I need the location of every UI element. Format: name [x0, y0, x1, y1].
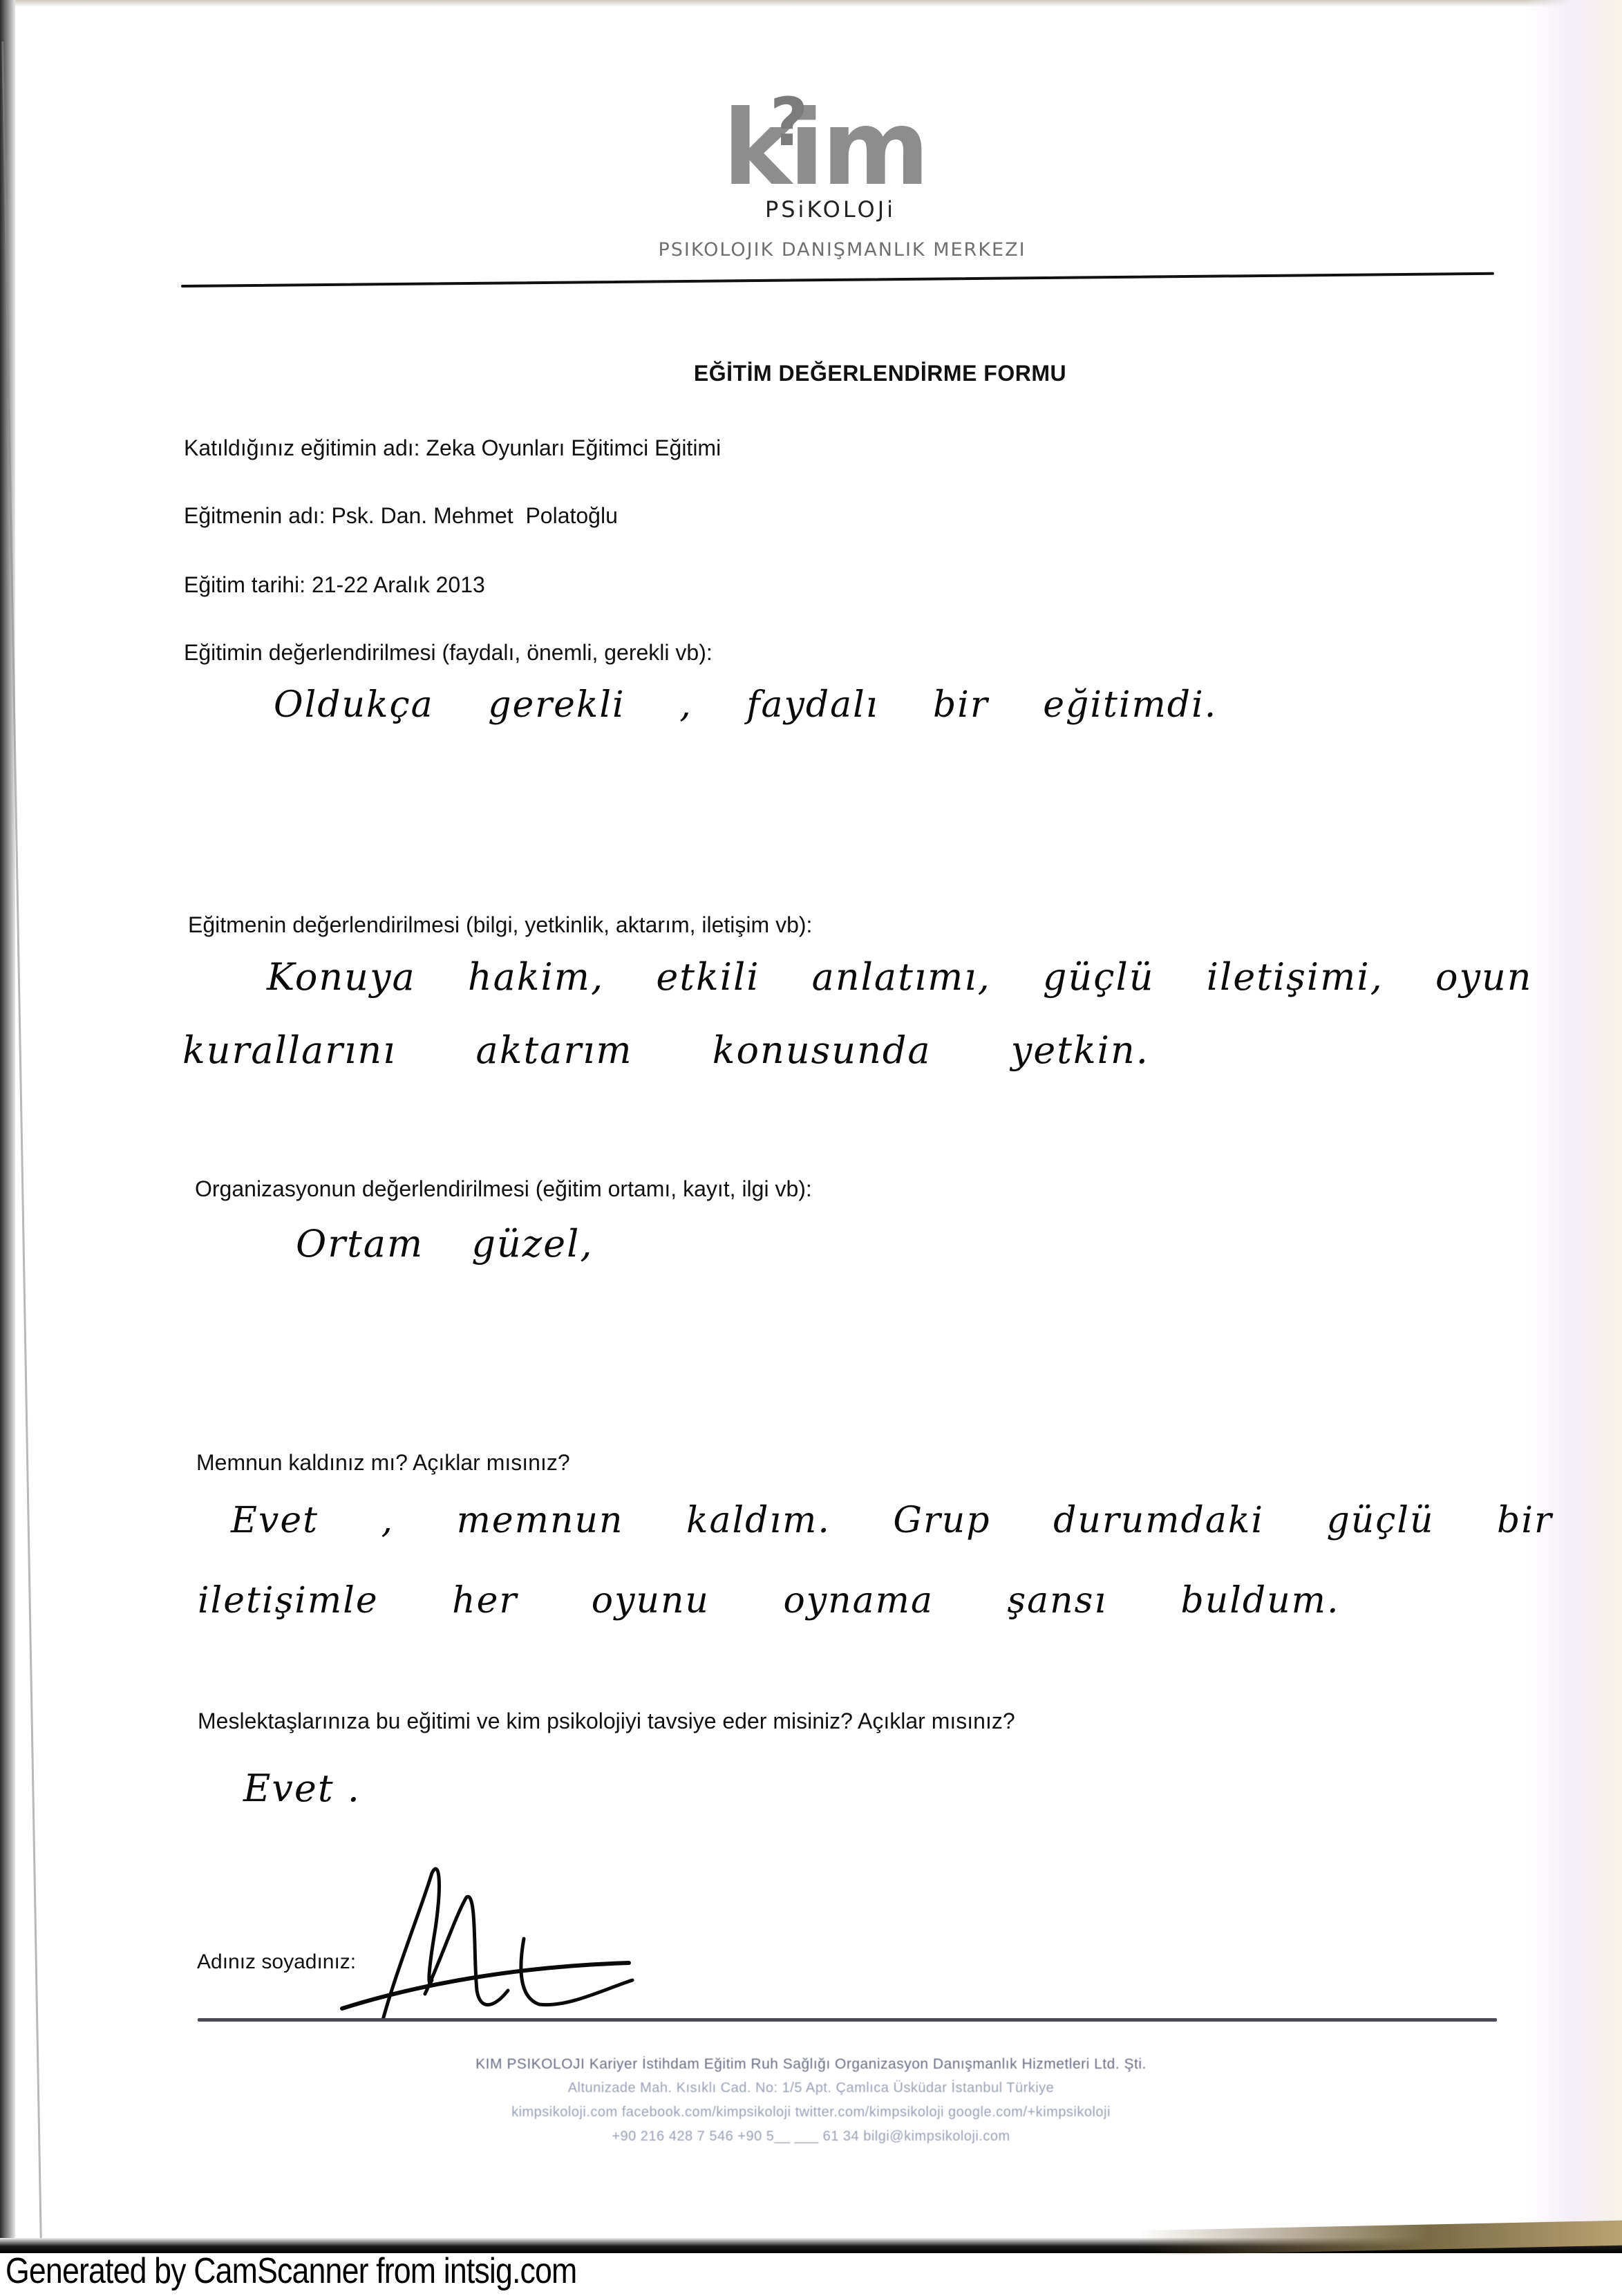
handwritten-answer: iletişimle her oyunu oynama şansı buldum… — [198, 1580, 1340, 1621]
form-title: EĞİTİM DEĞERLENDİRME FORMU — [69, 361, 1622, 386]
logo-subtitle: PSIKOLOJIK DANIŞMANLIK MERKEZI — [62, 239, 1622, 261]
paper-right-edge — [1525, 0, 1622, 2246]
paper-top-edge — [0, 0, 1622, 7]
header-divider — [181, 272, 1494, 288]
training-date-field: Eğitim tarihi: 21-22 Aralık 2013 — [184, 572, 485, 598]
field-value: Zeka Oyunları Eğitimci Eğitimi — [426, 435, 721, 460]
handwritten-answer: Konuya hakim, etkili anlatımı, güçlü ile… — [267, 955, 1533, 999]
question-organization-evaluation: Organizasyonun değerlendirilmesi (eğitim… — [195, 1176, 812, 1202]
field-label: Katıldığınız eğitimin adı: — [184, 435, 420, 460]
question-recommendation: Meslektaşlarınıza bu eğitimi ve kim psik… — [198, 1709, 1015, 1734]
footer-divider — [198, 2018, 1497, 2022]
field-value: 21-22 Aralık 2013 — [312, 572, 485, 597]
logo-mark-text: kim — [723, 88, 927, 209]
handwritten-signature-icon — [339, 1852, 712, 2018]
footer-contact-line: +90 216 428 7 546 +90 5__ ___ 61 34 bilg… — [0, 2129, 1622, 2145]
question-satisfaction: Memnun kaldınız mı? Açıklar mısınız? — [196, 1450, 570, 1476]
footer-address-line: Altunizade Mah. Kısıklı Cad. No: 1/5 Apt… — [0, 2080, 1622, 2096]
handwritten-answer: Ortam güzel, — [296, 1222, 594, 1265]
question-training-evaluation: Eğitimin değerlendirilmesi (faydalı, öne… — [184, 640, 713, 666]
field-label: Eğitim tarihi: — [184, 572, 305, 597]
logo-mark: kim ? — [723, 97, 927, 200]
signature-label: Adınız soyadınız: — [197, 1950, 356, 1974]
handwritten-answer: kurallarını aktarım konusunda yetkin. — [182, 1028, 1149, 1072]
field-label: Eğitmenin adı: — [184, 503, 326, 528]
handwritten-answer: Oldukça gerekli , faydalı bir eğitimdi. — [274, 684, 1217, 726]
footer-company-line: KIM PSIKOLOJI Kariyer İstihdam Eğitim Ru… — [0, 2056, 1622, 2073]
question-trainer-evaluation: Eğitmenin değerlendirilmesi (bilgi, yetk… — [188, 912, 812, 938]
camscanner-watermark: Generated by CamScanner from intsig.com — [6, 2250, 576, 2292]
handwritten-answer: Evet , memnun kaldım. Grup durumdaki güç… — [231, 1500, 1553, 1541]
handwritten-answer: Evet . — [243, 1767, 361, 1810]
question-mark-icon: ? — [770, 70, 806, 174]
trainer-name-field: Eğitmenin adı: Psk. Dan. Mehmet Polatoğl… — [184, 503, 618, 529]
field-value: Psk. Dan. Mehmet Polatoğlu — [331, 503, 617, 528]
training-name-field: Katıldığınız eğitimin adı: Zeka Oyunları… — [184, 435, 721, 461]
company-logo: kim ? PSiKOLOJi PSIKOLOJIK DANIŞMANLIK M… — [0, 97, 1622, 261]
footer-web-line: kimpsikoloji.com facebook.com/kimpsikolo… — [0, 2105, 1622, 2120]
